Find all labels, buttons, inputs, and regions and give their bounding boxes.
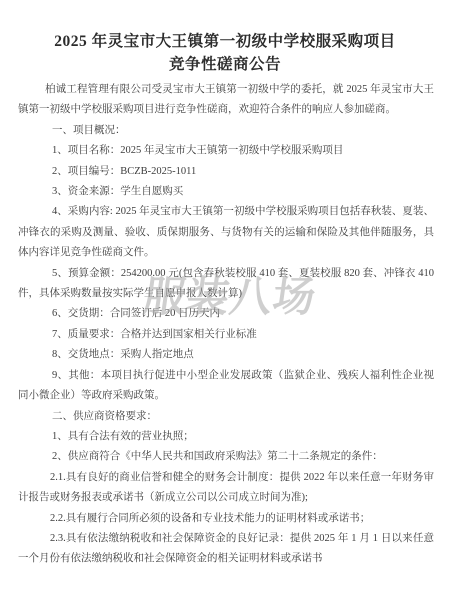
document-page: 2025 年灵宝市大王镇第一初级中学校服采购项目 竞争性磋商公告 柏诚工程管理有… bbox=[0, 0, 450, 600]
paragraph: 1、项目名称：2025 年灵宝市大王镇第一初级中学校服采购项目 bbox=[18, 141, 434, 161]
document-title: 2025 年灵宝市大王镇第一初级中学校服采购项目 竞争性磋商公告 bbox=[0, 30, 450, 76]
paragraph: 2.3.具有依法缴纳税收和社会保障资金的良好记录：提供 2025 年 1 月 1… bbox=[18, 529, 434, 570]
paragraph: 4、采购内容: 2025 年灵宝市大王镇第一初级中学校服采购项目包括春秋装、夏装… bbox=[18, 202, 434, 263]
paragraph: 2.1.具有良好的商业信誉和健全的财务会计制度：提供 2022 年以来任意一年财… bbox=[18, 468, 434, 509]
paragraph: 2、项目编号：BCZB-2025-1011 bbox=[18, 162, 434, 182]
paragraph: 7、质量要求：合格并达到国家相关行业标准 bbox=[18, 325, 434, 345]
paragraph: 二、供应商资格要求： bbox=[18, 407, 434, 427]
paragraph: 1、具有合法有效的营业执照； bbox=[18, 427, 434, 447]
paragraph: 柏诚工程管理有限公司受灵宝市大王镇第一初级中学的委托，就 2025 年灵宝市大王… bbox=[18, 80, 434, 121]
paragraph: 3、资金来源：学生自愿购买 bbox=[18, 182, 434, 202]
paragraph: 5、预算金额：254200.00 元(包含春秋装校服 410 套、夏装校服 82… bbox=[18, 264, 434, 305]
document-title-line2: 竞争性磋商公告 bbox=[0, 53, 450, 76]
paragraph: 8、交货地点：采购人指定地点 bbox=[18, 345, 434, 365]
paragraph: 6、交货期：合同签订后 20 日历天内 bbox=[18, 304, 434, 324]
paragraph: 9、其他：本项目执行促进中小型企业发展政策（监狱企业、残疾人福利性企业视同小微企… bbox=[18, 366, 434, 407]
paragraph: 一、项目概况： bbox=[18, 121, 434, 141]
paragraph: 2.2.具有履行合同所必须的设备和专业技术能力的证明材料或承诺书； bbox=[18, 509, 434, 529]
document-title-line1: 2025 年灵宝市大王镇第一初级中学校服采购项目 bbox=[0, 30, 450, 53]
document-body: 柏诚工程管理有限公司受灵宝市大王镇第一初级中学的委托，就 2025 年灵宝市大王… bbox=[18, 80, 434, 570]
paragraph: 2、供应商符合《中华人民共和国政府采购法》第二十二条规定的条件： bbox=[18, 447, 434, 467]
